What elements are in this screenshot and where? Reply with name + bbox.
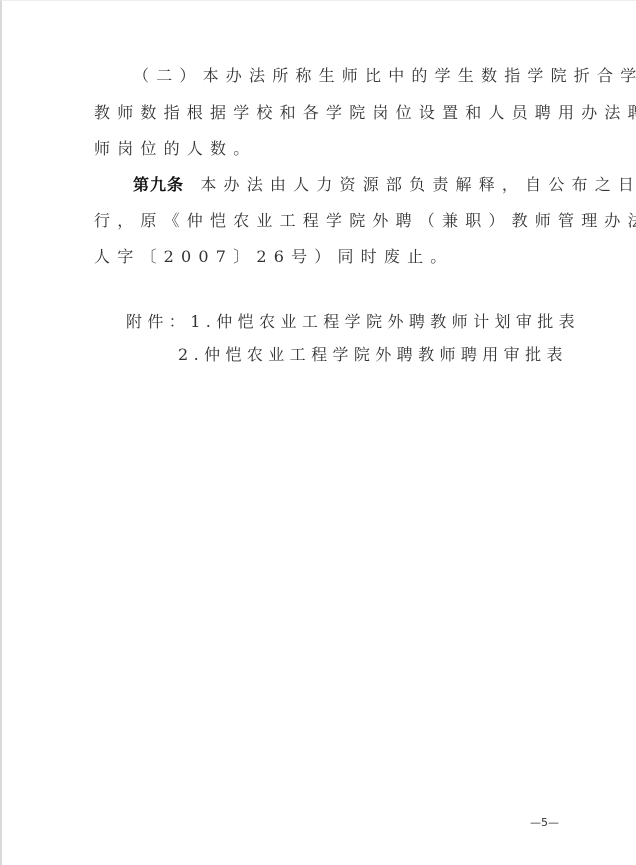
attachment-item-1: 1.仲恺农业工程学院外聘教师计划审批表 bbox=[190, 312, 580, 331]
attachment-2: 2.仲恺农业工程学院外聘教师聘用审批表 bbox=[178, 344, 636, 366]
article-9-line-2: 行，原《仲恺农业工程学院外聘（兼职）教师管理办法》（仲 bbox=[94, 210, 564, 232]
article-9-line-3: 人字〔2007〕26号）同时废止。 bbox=[94, 246, 564, 268]
page-number: —5— bbox=[530, 816, 559, 829]
article-9-heading: 第九条 bbox=[133, 175, 184, 194]
attachment-1: 附件：1.仲恺农业工程学院外聘教师计划审批表 bbox=[126, 311, 596, 333]
paragraph-2-line-1: （二）本办法所称生师比中的学生数指学院折合学生数， bbox=[133, 65, 603, 87]
paragraph-2-line-3: 师岗位的人数。 bbox=[94, 138, 564, 160]
article-9-text: 本办法由人力资源部负责解释，自公布之日起执 bbox=[200, 175, 636, 194]
paragraph-2-line-2: 教师数指根据学校和各学院岗位设置和人员聘用办法聘用在教 bbox=[94, 102, 564, 124]
attachment-item-2: 2.仲恺农业工程学院外聘教师聘用审批表 bbox=[178, 345, 568, 364]
attachments-label: 附件： bbox=[126, 312, 190, 331]
article-9-line-1: 第九条 本办法由人力资源部负责解释，自公布之日起执 bbox=[133, 174, 603, 196]
document-page: （二）本办法所称生师比中的学生数指学院折合学生数， 教师数指根据学校和各学院岗位… bbox=[0, 0, 636, 865]
